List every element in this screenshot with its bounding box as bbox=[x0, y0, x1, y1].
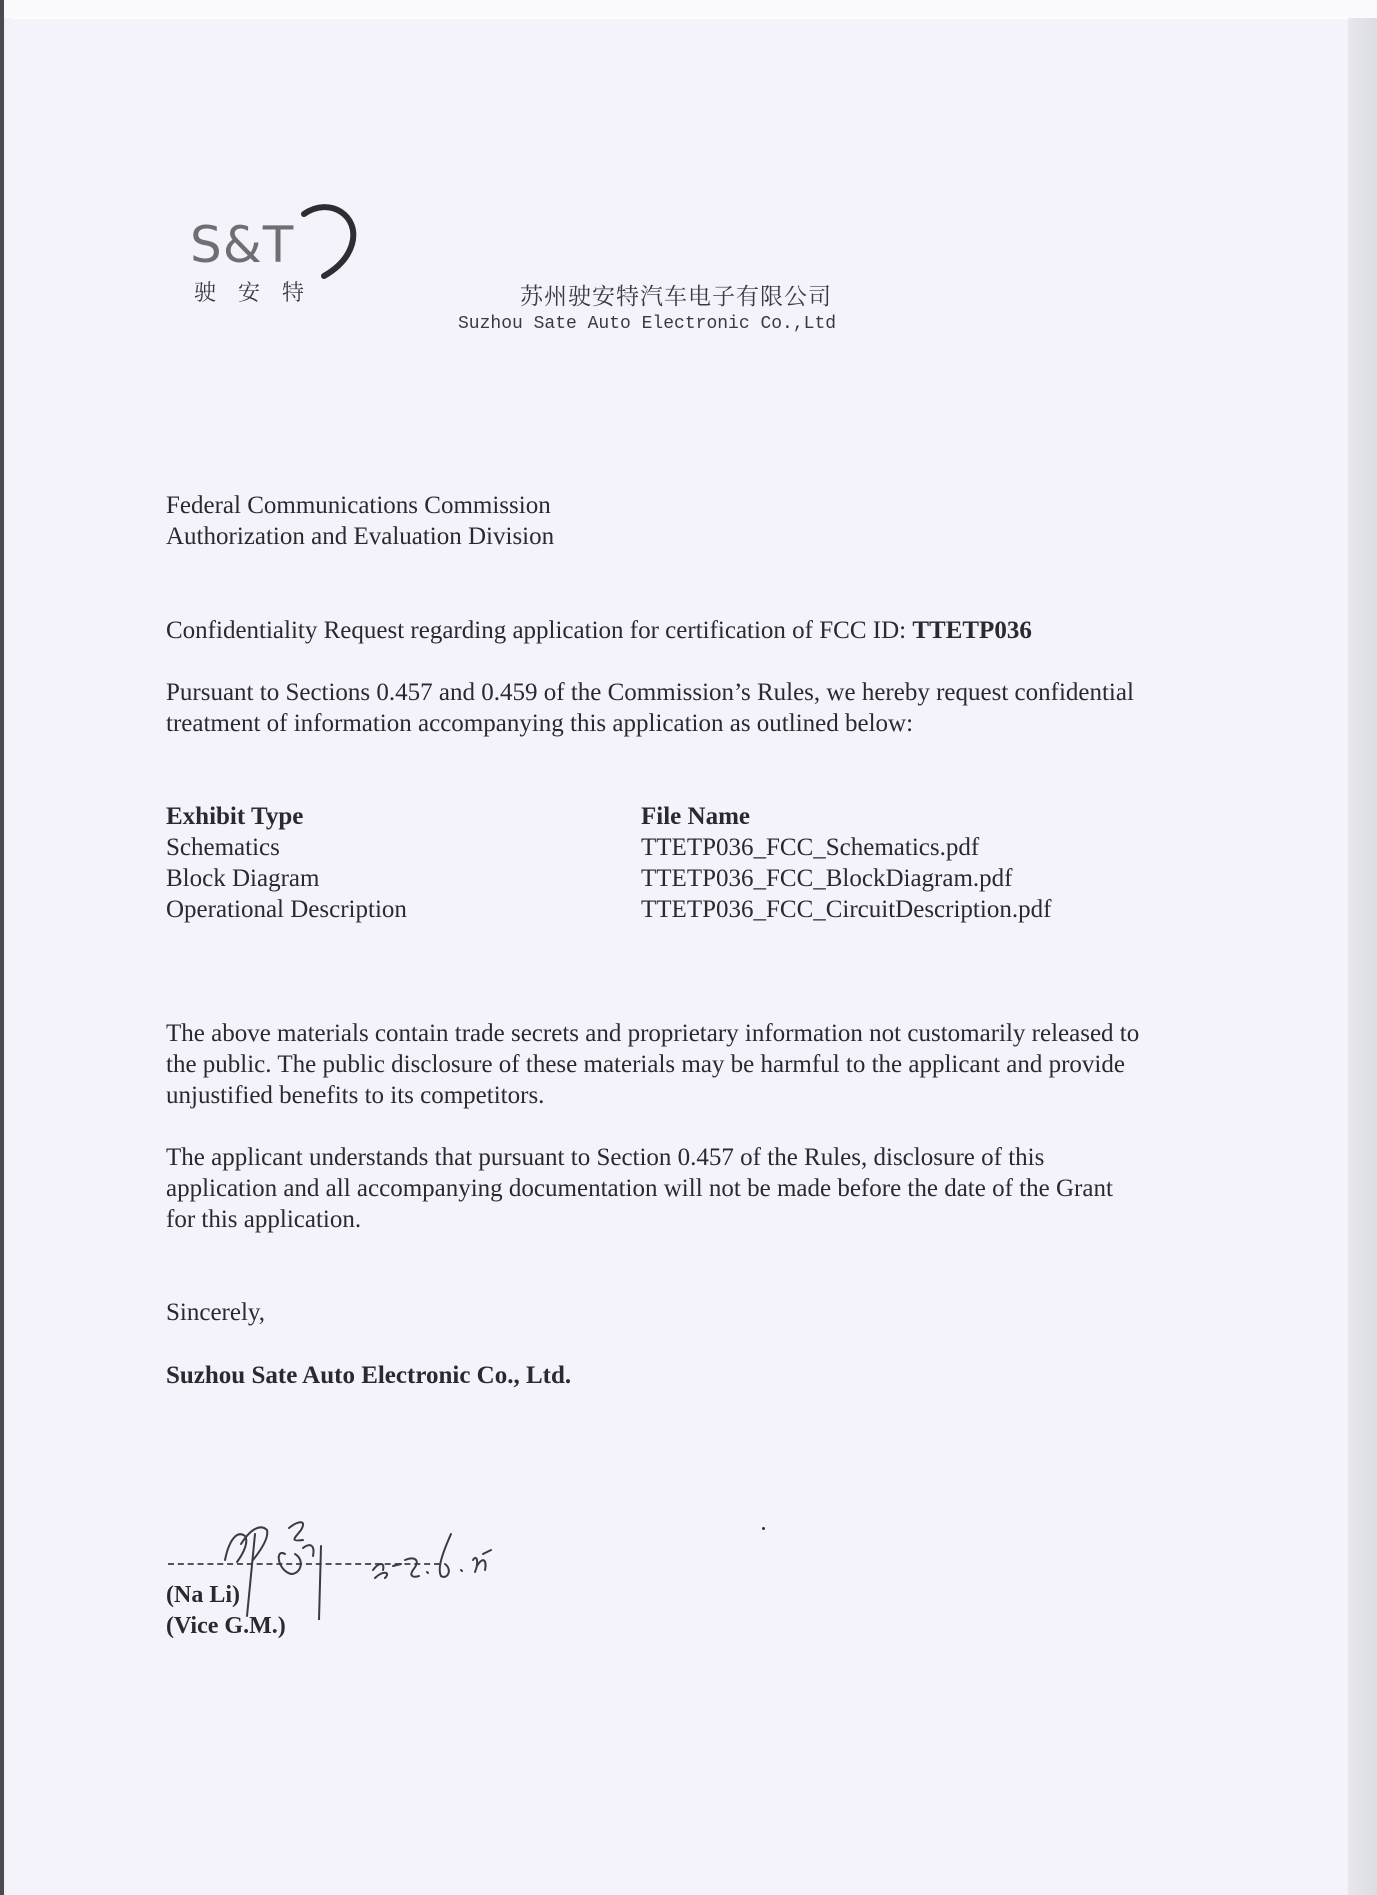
logo-chinese-name: 驶安特 bbox=[194, 276, 326, 307]
signatory-block: (Na Li) (Vice G.M.) bbox=[166, 1580, 286, 1642]
company-logo: S&T 驶安特 bbox=[190, 200, 360, 310]
paragraph-2-line-3: for this application. bbox=[166, 1204, 1113, 1235]
file-name-header: File Name bbox=[641, 801, 1051, 832]
logo-arc-icon bbox=[290, 200, 370, 280]
company-name-english: Suzhou Sate Auto Electronic Co.,Ltd bbox=[458, 314, 836, 334]
paragraph-2-line-2: application and all accompanying documen… bbox=[166, 1173, 1113, 1204]
exhibit-type-cell: Schematics bbox=[166, 832, 407, 863]
logo-mark: S&T bbox=[190, 220, 294, 270]
disclosure-paragraph: The applicant understands that pursuant … bbox=[166, 1142, 1113, 1235]
scan-top-margin bbox=[0, 0, 1377, 18]
closing-salutation: Sincerely, bbox=[166, 1297, 265, 1328]
file-name-cell: TTETP036_FCC_BlockDiagram.pdf bbox=[641, 863, 1051, 894]
intro-line-1: Pursuant to Sections 0.457 and 0.459 of … bbox=[166, 677, 1134, 708]
file-name-cell: TTETP036_FCC_CircuitDescription.pdf bbox=[641, 894, 1051, 925]
subject-line: Confidentiality Request regarding applic… bbox=[166, 615, 1032, 646]
exhibit-type-header: Exhibit Type bbox=[166, 801, 407, 832]
paragraph-2-line-1: The applicant understands that pursuant … bbox=[166, 1142, 1113, 1173]
exhibit-type-cell: Operational Description bbox=[166, 894, 407, 925]
exhibit-type-column: Exhibit Type Schematics Block Diagram Op… bbox=[166, 801, 407, 925]
exhibit-type-cell: Block Diagram bbox=[166, 863, 407, 894]
scan-speck bbox=[762, 1527, 765, 1530]
subject-text: Confidentiality Request regarding applic… bbox=[166, 617, 912, 644]
recipient-address: Federal Communications Commission Author… bbox=[166, 490, 554, 552]
signatory-title: (Vice G.M.) bbox=[166, 1611, 286, 1642]
scan-left-edge bbox=[0, 0, 4, 1895]
closing-company: Suzhou Sate Auto Electronic Co., Ltd. bbox=[166, 1360, 571, 1391]
paragraph-1-line-1: The above materials contain trade secret… bbox=[166, 1018, 1139, 1049]
recipient-line-1: Federal Communications Commission bbox=[166, 490, 554, 521]
scanned-document: S&T 驶安特 苏州驶安特汽车电子有限公司 Suzhou Sate Auto E… bbox=[0, 0, 1377, 1895]
paragraph-1-line-3: unjustified benefits to its competitors. bbox=[166, 1080, 1139, 1111]
signatory-name: (Na Li) bbox=[166, 1580, 286, 1611]
company-name-chinese: 苏州驶安特汽车电子有限公司 bbox=[520, 278, 832, 311]
intro-line-2: treatment of information accompanying th… bbox=[166, 708, 1134, 739]
recipient-line-2: Authorization and Evaluation Division bbox=[166, 521, 554, 552]
file-name-cell: TTETP036_FCC_Schematics.pdf bbox=[641, 832, 1051, 863]
intro-paragraph: Pursuant to Sections 0.457 and 0.459 of … bbox=[166, 677, 1134, 739]
paragraph-1-line-2: the public. The public disclosure of the… bbox=[166, 1049, 1139, 1080]
file-name-column: File Name TTETP036_FCC_Schematics.pdf TT… bbox=[641, 801, 1051, 925]
trade-secrets-paragraph: The above materials contain trade secret… bbox=[166, 1018, 1139, 1111]
fcc-id: TTETP036 bbox=[912, 617, 1031, 644]
